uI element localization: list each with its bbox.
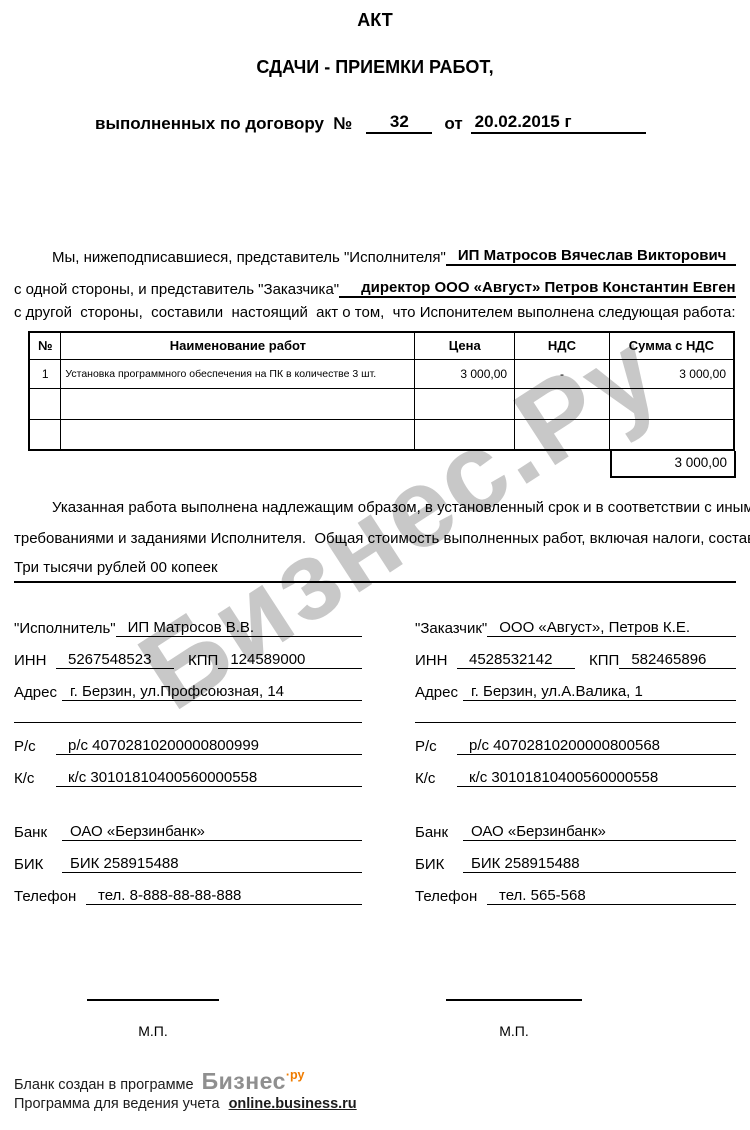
customer-ks-row: К/с к/с 30101810400560000558 [415, 767, 736, 787]
executor-name-field: ИП Матросов В.В. [116, 619, 362, 637]
customer-phone-row: Телефон тел. 565-568 [415, 885, 736, 905]
executor-stamp-label: М.П. [87, 1023, 219, 1039]
executor-inn-field: 5267548523 [56, 651, 174, 669]
col-header-total: Сумма с НДС [609, 332, 734, 359]
from-label: от [444, 114, 462, 134]
executor-phone-field: тел. 8-888-88-88-888 [86, 887, 362, 905]
doc-title-line1: АКТ [0, 0, 750, 31]
customer-representative-row: с одной стороны, и представитель "Заказч… [14, 266, 736, 298]
customer-signature-line [446, 999, 582, 1001]
row-vat-cell [515, 419, 610, 450]
executor-inn-kpp-row: ИНН 5267548523 КПП 124589000 [14, 649, 362, 669]
col-header-name: Наименование работ [61, 332, 415, 359]
intro-line2-label: с одной стороны, и представитель "Заказч… [14, 281, 339, 298]
business-ru-logo-sup: ·ру [286, 1068, 305, 1082]
signatures-section: М.П. М.П. [14, 999, 736, 1039]
customer-ks-field: к/с 30101810400560000558 [457, 769, 736, 787]
footer: Бланк создан в программе Бизнес ·ру Прог… [14, 1068, 357, 1112]
customer-kpp-field: 582465896 [619, 651, 736, 669]
customer-role-row: "Заказчик" ООО «Август», Петров К.Е. [415, 617, 736, 637]
row-vat-cell: - [515, 359, 610, 388]
customer-bik-field: БИК 258915488 [463, 855, 736, 873]
row-name-cell [61, 388, 415, 419]
customer-name-field: ООО «Август», Петров К.Е. [487, 619, 736, 637]
intro-paragraph: Мы, нижеподписавшиеся, представитель "Ис… [14, 234, 736, 321]
customer-bik-row: БИК БИК 258915488 [415, 853, 736, 873]
executor-column: "Исполнитель" ИП Матросов В.В. ИНН 52675… [14, 605, 362, 905]
footer-program-line: Программа для ведения учета online.busin… [14, 1096, 357, 1112]
address-label: Адрес [14, 684, 62, 701]
works-table-header-row: № Наименование работ Цена НДС Сумма с НД… [29, 332, 734, 359]
col-header-price: Цена [415, 332, 515, 359]
customer-role-label: "Заказчик" [415, 620, 487, 637]
intro-line3: с другой стороны, составили настоящий ак… [14, 304, 736, 321]
footer-program-text: Программа для ведения учета [14, 1096, 220, 1112]
table-row [29, 388, 734, 419]
ks-label: К/с [415, 770, 457, 787]
customer-phone-field: тел. 565-568 [487, 887, 736, 905]
col-header-number: № [29, 332, 61, 359]
executor-bank-row: Банк ОАО «Берзинбанк» [14, 821, 362, 841]
executor-rs-row: Р/с р/с 40702810200000800999 [14, 735, 362, 755]
footer-created-text: Бланк создан в программе [14, 1077, 194, 1093]
customer-inn-kpp-row: ИНН 4528532142 КПП 582465896 [415, 649, 736, 669]
subtitle-prefix: выполненных по договору № [95, 114, 352, 134]
row-number-cell [29, 388, 61, 419]
customer-inn-field: 4528532142 [457, 651, 575, 669]
customer-empty-field-line [415, 709, 736, 723]
table-row [29, 419, 734, 450]
table-row: 1 Установка программного обеспечения на … [29, 359, 734, 388]
row-number-cell: 1 [29, 359, 61, 388]
rs-label: Р/с [14, 738, 56, 755]
customer-stamp-label: М.П. [446, 1023, 582, 1039]
customer-address-row: Адрес г. Берзин, ул.А.Валика, 1 [415, 681, 736, 701]
executor-kpp-field: 124589000 [218, 651, 362, 669]
doc-title-line2: СДАЧИ - ПРИЕМКИ РАБОТ, [0, 57, 750, 78]
customer-bank-row: Банк ОАО «Берзинбанк» [415, 821, 736, 841]
executor-rs-field: р/с 40702810200000800999 [56, 737, 362, 755]
kpp-label: КПП [589, 652, 619, 669]
kpp-label: КПП [188, 652, 218, 669]
row-vat-cell [515, 388, 610, 419]
row-name-cell [61, 419, 415, 450]
executor-representative-row: Мы, нижеподписавшиеся, представитель "Ис… [14, 234, 736, 266]
customer-signature-block: М.П. [446, 999, 582, 1039]
business-ru-logo: Бизнес [202, 1068, 286, 1095]
executor-empty-field-line [14, 709, 362, 723]
works-table: № Наименование работ Цена НДС Сумма с НД… [28, 331, 735, 451]
row-price-cell: 3 000,00 [415, 359, 515, 388]
executor-representative-field: ИП Матросов Вячеслав Викторович [446, 247, 736, 266]
row-number-cell [29, 419, 61, 450]
customer-bank-field: ОАО «Берзинбанк» [463, 823, 736, 841]
doc-subtitle: выполненных по договору № 32 от 20.02.20… [95, 112, 750, 134]
executor-role-label: "Исполнитель" [14, 620, 116, 637]
executor-address-field: г. Берзин, ул.Профсоюзная, 14 [62, 683, 362, 701]
executor-ks-row: К/с к/с 30101810400560000558 [14, 767, 362, 787]
executor-bik-field: БИК 258915488 [62, 855, 362, 873]
executor-role-row: "Исполнитель" ИП Матросов В.В. [14, 617, 362, 637]
row-total-cell [609, 388, 734, 419]
executor-bik-row: БИК БИК 258915488 [14, 853, 362, 873]
customer-address-field: г. Берзин, ул.А.Валика, 1 [463, 683, 736, 701]
contract-number-field: 32 [366, 112, 432, 134]
grand-total-box: 3 000,00 [610, 451, 736, 478]
parties-details: "Исполнитель" ИП Матросов В.В. ИНН 52675… [14, 605, 736, 905]
intro-line1-label: Мы, нижеподписавшиеся, представитель "Ис… [14, 249, 446, 266]
document-page: Бизнес.Ру АКТ СДАЧИ - ПРИЕМКИ РАБОТ, вып… [0, 0, 750, 1130]
summary-line2: требованиями и заданиями Исполнителя. Об… [14, 523, 736, 554]
executor-signature-line [87, 999, 219, 1001]
footer-created-line: Бланк создан в программе Бизнес ·ру [14, 1068, 357, 1095]
customer-signature-area: М.П. [415, 999, 736, 1039]
row-total-cell [609, 419, 734, 450]
bik-label: БИК [415, 856, 463, 873]
executor-address-row: Адрес г. Берзин, ул.Профсоюзная, 14 [14, 681, 362, 701]
executor-signature-block: М.П. [87, 999, 219, 1039]
customer-column: "Заказчик" ООО «Август», Петров К.Е. ИНН… [415, 605, 736, 905]
inn-label: ИНН [14, 652, 56, 669]
executor-phone-row: Телефон тел. 8-888-88-88-888 [14, 885, 362, 905]
summary-line1: Указанная работа выполнена надлежащим об… [14, 492, 736, 523]
bank-label: Банк [415, 824, 463, 841]
contract-date-field: 20.02.2015 г [471, 112, 646, 134]
ks-label: К/с [14, 770, 56, 787]
bik-label: БИК [14, 856, 62, 873]
executor-signature-area: М.П. [14, 999, 362, 1039]
phone-label: Телефон [415, 888, 487, 905]
row-price-cell [415, 388, 515, 419]
executor-ks-field: к/с 30101810400560000558 [56, 769, 362, 787]
executor-bank-field: ОАО «Берзинбанк» [62, 823, 362, 841]
col-header-vat: НДС [515, 332, 610, 359]
customer-representative-field: директор ООО «Август» Петров Константин … [339, 279, 736, 298]
phone-label: Телефон [14, 888, 86, 905]
row-total-cell: 3 000,00 [609, 359, 734, 388]
online-business-ru-link[interactable]: online.business.ru [229, 1096, 357, 1112]
amount-in-words-field: Три тысячи рублей 00 копеек [14, 554, 736, 583]
address-label: Адрес [415, 684, 463, 701]
customer-rs-row: Р/с р/с 40702810200000800568 [415, 735, 736, 755]
rs-label: Р/с [415, 738, 457, 755]
summary-paragraph: Указанная работа выполнена надлежащим об… [14, 492, 736, 583]
inn-label: ИНН [415, 652, 457, 669]
bank-label: Банк [14, 824, 62, 841]
row-name-cell: Установка программного обеспечения на ПК… [61, 359, 415, 388]
row-price-cell [415, 419, 515, 450]
customer-rs-field: р/с 40702810200000800568 [457, 737, 736, 755]
